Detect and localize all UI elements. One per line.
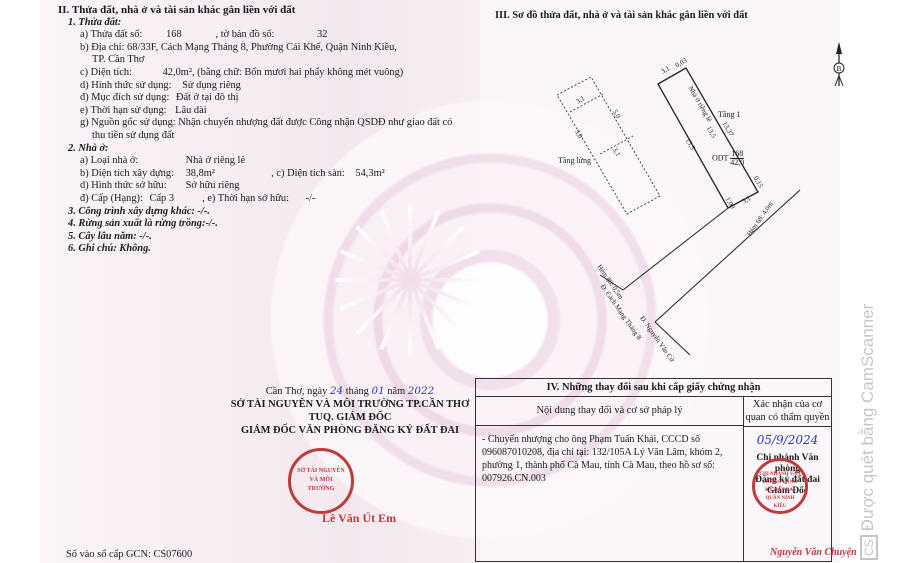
signature-block: Cần Thơ, ngày 24 tháng 01 năm 2022 SỞ TÀ… [220,385,480,437]
perennial-trees: 5. Cây lâu năm: -/-. [58,231,448,244]
camscanner-watermark: CSĐược quét bằng CamScanner [858,304,878,560]
grade-value: Cấp 3 [150,193,200,206]
term-value: Lâu dài [175,105,206,116]
camscanner-logo-icon: CS [860,535,878,560]
origin-label: g) Nguồn gốc sử dụng: [80,117,176,128]
section4-title: IV. Những thay đổi sau khi cấp giấy chứn… [476,379,831,397]
mezzanine-label: Tầng lửng [558,156,591,165]
use-form-value: Sử dụng riêng [182,80,241,91]
map-sheet-number: 32 [317,29,327,40]
origin-row: g) Nguồn gốc sử dụng: Nhận chuyển nhượng… [58,117,448,130]
parcel-code-text: ODT [712,153,728,162]
parcel-number: 168 [155,29,193,42]
col2-header: Xác nhận của cơ quan có thẩm quyền [744,397,831,427]
build-area-label: b) Diện tích xây dựng: [80,168,183,181]
confirm-signer: Nguyễn Văn Chuyện [770,547,857,558]
grade-label: đ) Cấp (Hạng): [80,193,143,204]
parcel-number-row: a) Thửa đất số: 168 , tờ bản đồ số: 32 [58,29,448,42]
use-form-label: d) Hình thức sử dụng: [80,80,172,91]
change-entry: - Chuyển nhượng cho ông Phạm Tuấn Khải, … [476,426,743,492]
address-line2: TP. Cần Thơ [58,54,448,67]
parcel-number-label: a) Thửa đất số: [80,29,142,40]
svg-text:B: B [837,65,842,73]
grade-row: đ) Cấp (Hạng): Cấp 3 , e) Thời hạn sở hữ… [58,193,448,206]
floor1-label: Tầng 1 [718,110,740,119]
signer-role-2: GIÁM ĐỐC VĂN PHÒNG ĐĂNG KÝ ĐẤT ĐAI [220,424,480,437]
parcel-code: ODT 168 42,0 [712,150,744,167]
purpose-row: đ) Mục đích sử dụng: Đất ở tại đô thị [58,92,448,105]
stamp1-text: SỞ TÀI NGUYÊN VÀ MÔI TRƯỜNG [291,451,351,494]
production-forest: 4. Rừng sản xuất là rừng trồng:-/-. [58,218,448,231]
address-row: b) Địa chỉ: 68/33F, Cách Mạng Tháng 8, P… [58,42,448,55]
north-arrow-icon: B [832,42,846,88]
notes: 6. Ghi chú: Không. [58,243,448,256]
signer-role-1: TUQ. GIÁM ĐỐC [220,411,480,424]
sign-year: 2022 [408,385,434,397]
origin-line2: thu tiền sử dụng đất [58,130,448,143]
build-area-row: b) Diện tích xây dựng: 38,8m² , c) Diện … [58,168,448,181]
area-label: c) Diện tích: [80,67,160,80]
branch-stamp: CHI NHÁNH VĂN PHÒNG ĐĂNG KÝ ĐẤT ĐAI QUẬN… [752,458,808,514]
house-heading: 2. Nhà ở: [58,143,448,156]
ownership-value: Sở hữu riêng [186,180,240,191]
section2-title: II. Thửa đất, nhà ở và tài sản khác gắn … [58,4,448,17]
department-stamp: SỞ TÀI NGUYÊN VÀ MÔI TRƯỜNG [288,448,354,514]
issuing-org: SỞ TÀI NGUYÊN VÀ MÔI TRƯỜNG TP.CẦN THƠ [220,398,480,411]
other-construction: 3. Công trình xây dựng khác: -/-. [58,206,448,219]
section-land-house: II. Thửa đất, nhà ở và tài sản khác gắn … [58,4,448,256]
confirm-date: 05/9/2024 [744,433,831,447]
house-type-value: Nhà ở riêng lẻ [186,155,245,166]
camscanner-text: Được quét bằng CamScanner [858,304,877,532]
address-label: b) Địa chỉ: [80,42,124,53]
use-form-row: d) Hình thức sử dụng: Sử dụng riêng [58,80,448,93]
floor-area-label: , c) Diện tích sàn: [271,168,345,179]
ownership-row: d) Hình thức sở hữu: Sở hữu riêng [58,180,448,193]
map-sheet-label: , tờ bản đồ số: [216,29,275,40]
area-value: 42,0m², (bằng chữ: Bốn mươi hai phẩy khô… [163,67,404,78]
address-line1: 68/33F, Cách Mạng Tháng 8, Phường Cái Kh… [127,42,397,53]
build-area-value: 38,8m² [186,168,269,181]
own-term-label: , e) Thời hạn sở hữu: [202,193,289,204]
purpose-value: Đất ở tại đô thị [176,92,239,103]
term-label: e) Thời hạn sử dụng: [80,105,167,116]
land-heading: 1. Thửa đất: [58,17,448,30]
place-date: Cần Thơ, ngày 24 tháng 01 năm 2022 [220,385,480,398]
gcn-register-number: Số vào sổ cấp GCN: CS07600 [66,549,192,560]
sign-month: 01 [371,385,384,397]
parcel-code-area: 42,0 [730,159,744,167]
floor-area-value: 54,3m² [355,168,384,179]
area-row: c) Diện tích: 42,0m², (bằng chữ: Bốn mươ… [58,67,448,80]
ownership-label: d) Hình thức sở hữu: [80,180,183,193]
term-row: e) Thời hạn sử dụng: Lâu dài [58,105,448,118]
signer-name: Lê Văn Út Em [322,511,396,526]
origin-value: Nhận chuyển nhượng đất được Công nhận QS… [178,117,452,128]
sign-day: 24 [330,385,343,397]
col1-header: Nội dung thay đổi và cơ sở pháp lý [476,397,743,426]
house-type-row: a) Loại nhà ở: Nhà ở riêng lẻ [58,155,448,168]
own-term-value: -/- [306,193,316,204]
changes-content-column: Nội dung thay đổi và cơ sở pháp lý - Chu… [476,397,744,561]
stamp2-text: CHI NHÁNH VĂN PHÒNG ĐĂNG KÝ ĐẤT ĐAI QUẬN… [755,461,805,511]
house-type-label: a) Loại nhà ở: [80,155,183,168]
purpose-label: đ) Mục đích sử dụng: [80,92,169,103]
section3-title: III. Sơ đồ thửa đất, nhà ở và tài sản kh… [495,10,748,21]
